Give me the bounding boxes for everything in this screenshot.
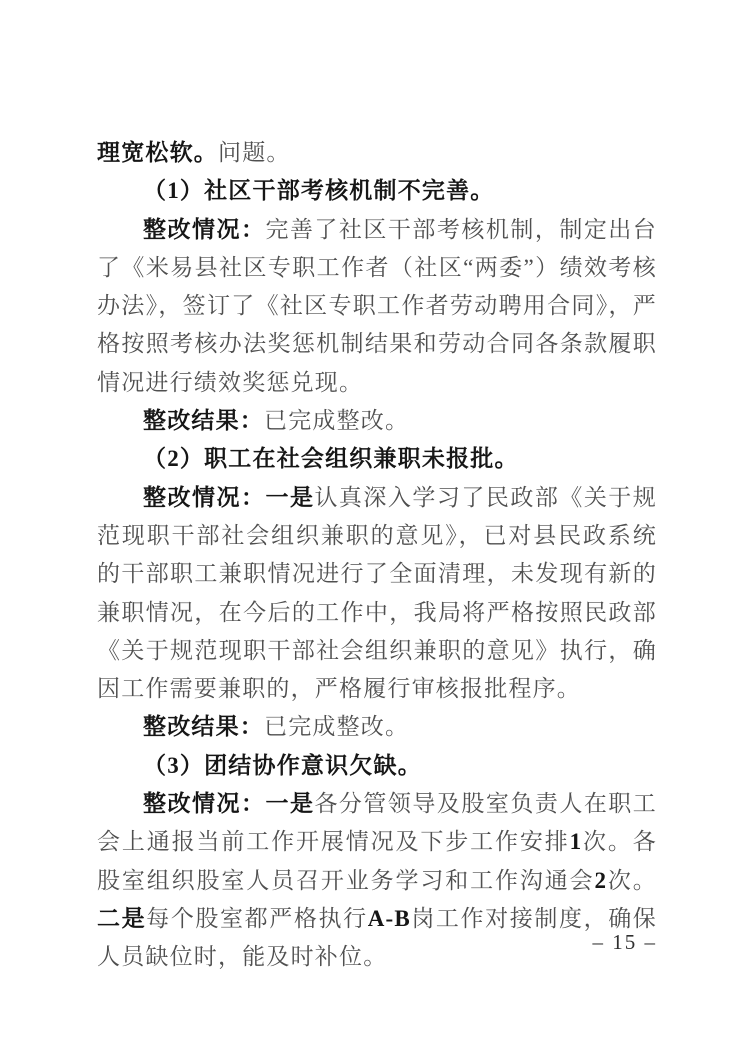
document-page: 理宽松软。问题。（1）社区干部考核机制不完善。整改情况：完善了社区干部考核机制，… [0, 0, 750, 1061]
body-text: 已完成整改。 [264, 408, 409, 433]
emphasis-text: 整改情况： [143, 791, 265, 816]
emphasis-text: 理宽松软。 [97, 140, 218, 165]
heading-item-2: （2）职工在社会组织兼职未报批。 [97, 440, 657, 478]
para-rectify-status-2: 整改情况：一是认真深入学习了民政部《关于规范现职干部社会组织兼职的意见》，已对县… [97, 479, 657, 709]
emphasis-text: （2）职工在社会组织兼职未报批。 [143, 446, 519, 471]
emphasis-text: A-B [368, 906, 411, 931]
body-text: 已完成整改。 [264, 714, 409, 739]
heading-item-3: （3）团结协作意识欠缺。 [97, 747, 657, 785]
emphasis-text: 一是 [265, 485, 314, 510]
body-text: 每个股室都严格执行 [146, 906, 367, 931]
body-text: 完善了社区干部考核机制，制定出台了《米易县社区专职工作者（社区“两委”）绩效考核… [97, 217, 657, 395]
body-text: 次。 [607, 868, 657, 893]
emphasis-text: 二是 [97, 906, 146, 931]
heading-item-1: （1）社区干部考核机制不完善。 [97, 172, 657, 210]
emphasis-text: 整改结果： [143, 714, 264, 739]
emphasis-text: （1）社区干部考核机制不完善。 [143, 178, 495, 203]
emphasis-text: （3）团结协作意识欠缺。 [143, 753, 422, 778]
para-continuation: 理宽松软。问题。 [97, 134, 657, 172]
para-rectify-result-2: 整改结果：已完成整改。 [97, 708, 657, 746]
emphasis-text: 1 [570, 829, 583, 854]
document-body: 理宽松软。问题。（1）社区干部考核机制不完善。整改情况：完善了社区干部考核机制，… [97, 134, 657, 977]
emphasis-text: 整改情况： [143, 217, 265, 242]
emphasis-text: 整改情况： [143, 485, 265, 510]
emphasis-text: 一是 [265, 791, 314, 816]
page-number: – 15 – [97, 930, 657, 955]
emphasis-text: 整改结果： [143, 408, 264, 433]
para-rectify-status-1: 整改情况：完善了社区干部考核机制，制定出台了《米易县社区专职工作者（社区“两委”… [97, 211, 657, 402]
para-rectify-result-1: 整改结果：已完成整改。 [97, 402, 657, 440]
body-text: 问题。 [218, 140, 291, 165]
emphasis-text: 2 [595, 868, 608, 893]
body-text: 认真深入学习了民政部《关于规范现职干部社会组织兼职的意见》，已对县民政系统的干部… [97, 485, 657, 701]
